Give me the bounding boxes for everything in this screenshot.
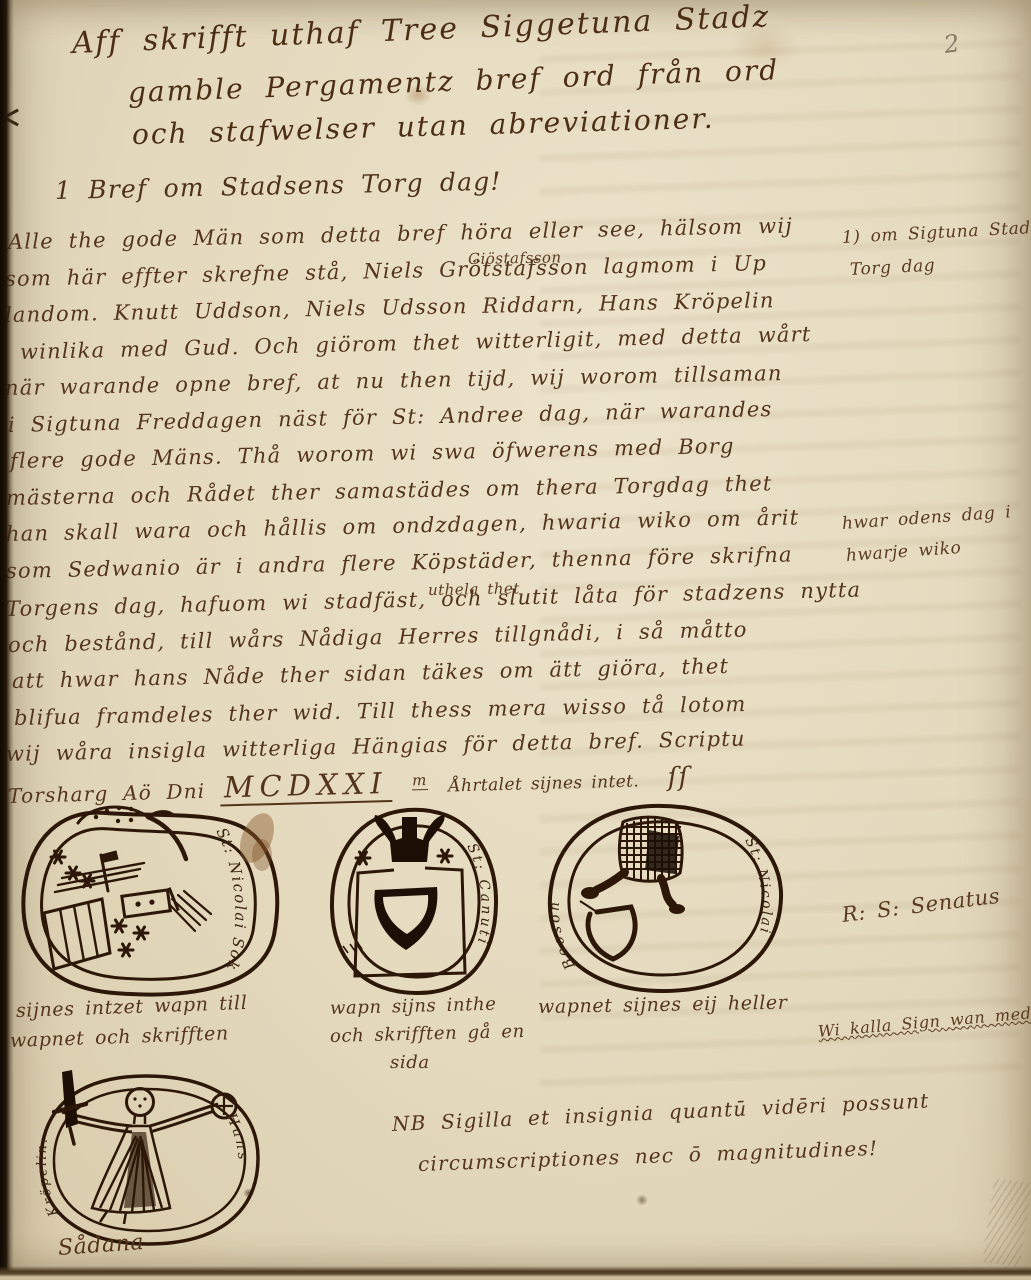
seal1-dotted-box: [122, 887, 179, 918]
seal2-caption: wapn sijns inthe: [330, 994, 497, 1019]
seal4-rim-inscription-left: Kröpelin:: [35, 1135, 62, 1219]
page-bottom-edge: [0, 1266, 1031, 1280]
seal1-flag-shape: [44, 899, 110, 969]
latin-footnote: NB Sigilla et insignia quantū vidēri pos…: [391, 1089, 929, 1136]
section-heading: 1 Bref om Stadsens Torg dag!: [55, 167, 502, 205]
seal-drawing-kropelin: Kröpelin: Hans: [28, 1062, 273, 1262]
interlinear-correction: uthela thet: [428, 579, 520, 599]
seal-drawing-st-canuti: St: Canuti: [318, 798, 508, 1003]
ink-dot: [636, 1194, 648, 1206]
seal2-shield-shape: [374, 887, 437, 950]
seal1-caption: wapnet och skrifften: [10, 1022, 230, 1052]
book-gutter-edge: [0, 0, 14, 1280]
seal2-crown-shape: [374, 815, 444, 862]
latin-footnote: circumscriptiones nec ō magnitudines!: [418, 1136, 879, 1176]
seal1-fringe-lines: [170, 891, 211, 931]
pencil-scribble: [982, 1178, 1031, 1267]
dateline-mark: m: [412, 771, 428, 790]
seal3-hatched-figure: [581, 817, 685, 914]
seal3-caption: wapnet sijnes eij heller: [538, 992, 788, 1018]
interlinear-correction: Giöstafsson: [468, 248, 562, 268]
manuscript-page: 2 Aff skrifft uthaf Tree Siggetuna Stadz…: [0, 0, 1031, 1280]
seal2-caption: och skrifften gå en: [330, 1021, 525, 1047]
seal-drawing-booson: Booson St: Nicolai: [533, 792, 798, 1007]
seal4-figure: [62, 1089, 218, 1225]
dateline-flourish: ſſ: [667, 762, 689, 793]
seal-drawing-st-nicolai: St: Nicolai Sok: [10, 793, 295, 1008]
seal3-rim-inscription-right: St: Nicolai: [741, 835, 774, 936]
seal2-caption: sida: [390, 1052, 430, 1073]
seal3-rim-inscription-left: Booson: [547, 899, 579, 973]
